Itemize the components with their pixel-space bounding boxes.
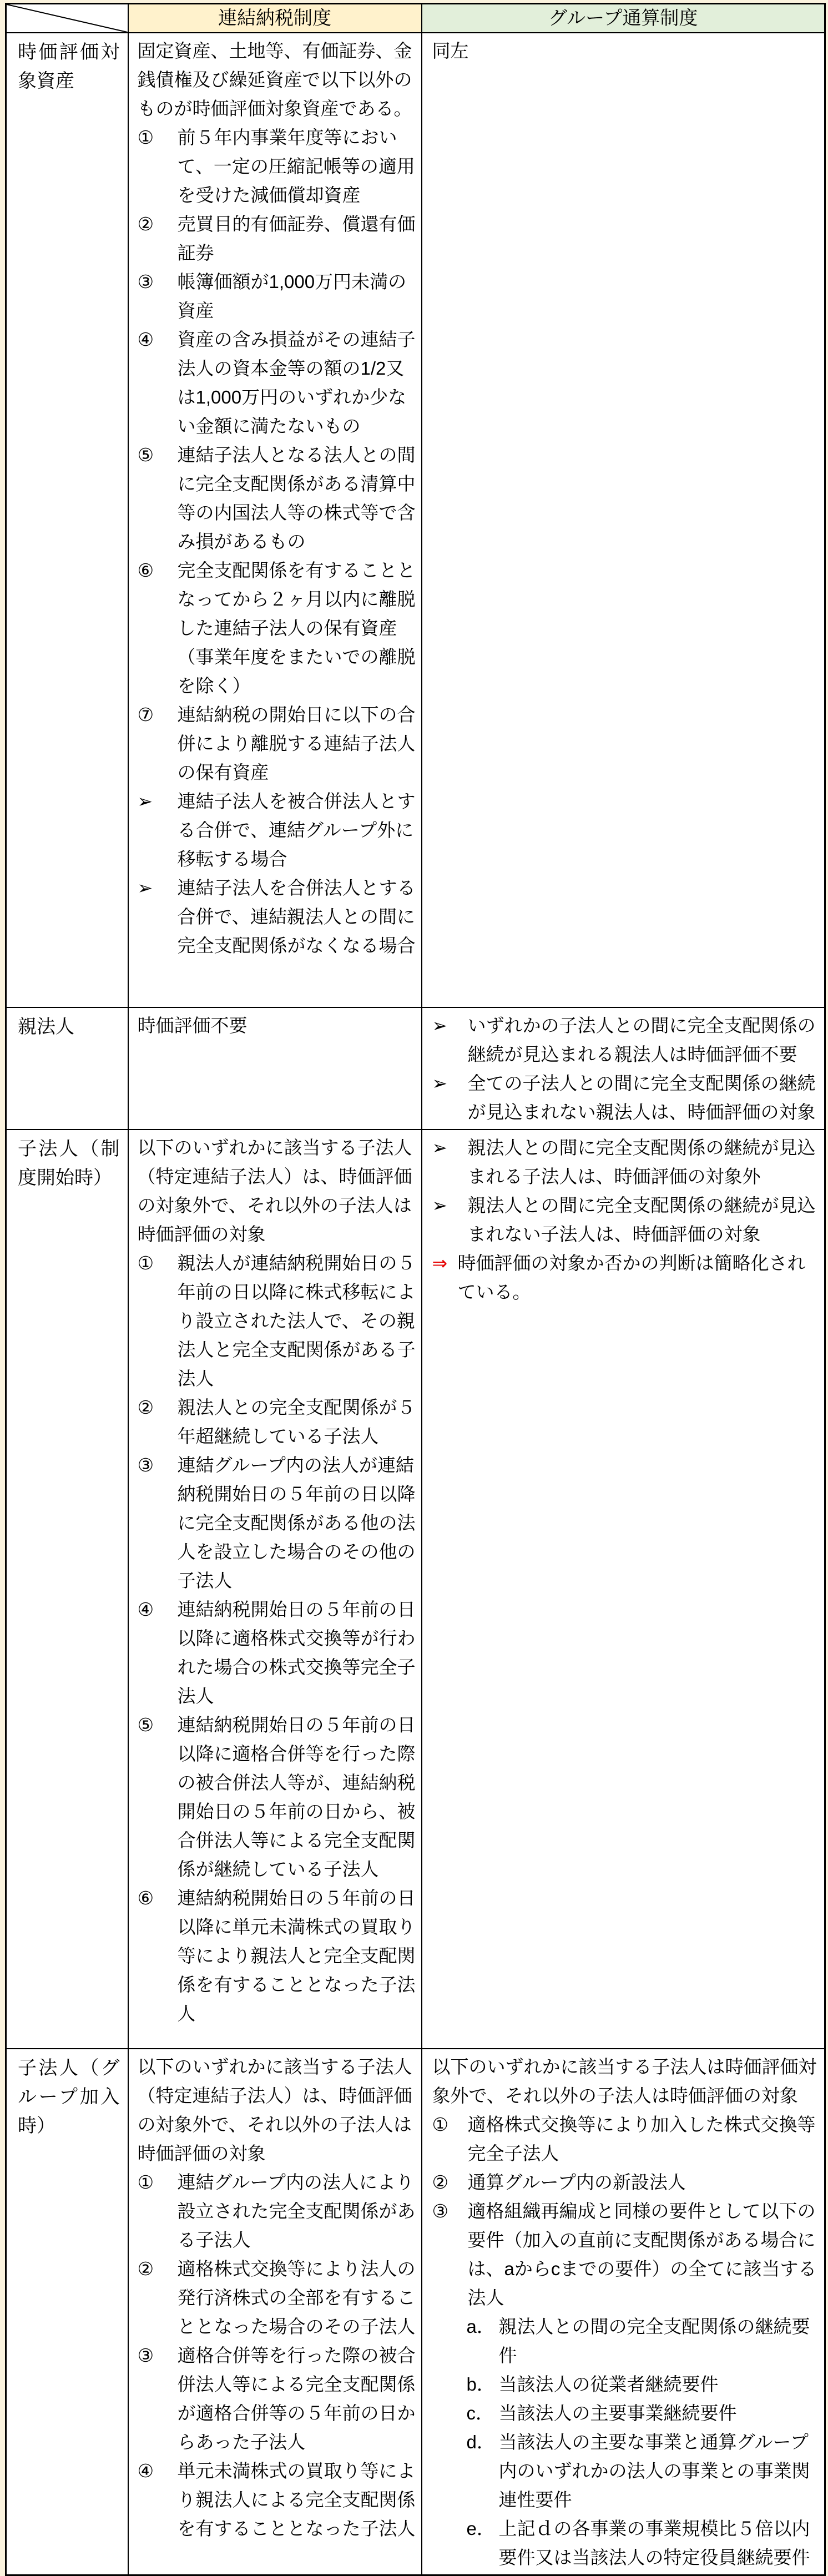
sub-list-item: c．当該法人の主要事業継続要件 [467,2399,818,2428]
list-item: ④単元未満株式の買取り等により親法人による完全支配関係を有することとなった子法人 [138,2457,416,2543]
item-marker: ⑥ [138,556,178,585]
item-text: 連結子法人を合併法人とする合併で、連結親法人との間に完全支配関係がなくなる場合 [178,874,416,960]
list-item: ②親法人との完全支配関係が５年超継続している子法人 [138,1393,416,1451]
item-marker: b． [467,2370,499,2399]
item-text: 連結子法人となる法人との間に完全支配関係がある清算中等の内国法人等の株式等で含み… [178,441,416,556]
item-marker: a． [467,2312,499,2341]
arrowhead-bullet-icon: ➢ [432,1191,468,1220]
item-text: 当該法人の従業者継続要件 [499,2370,818,2399]
arrowhead-bullet-icon: ➢ [432,1069,468,1098]
item-marker: ⑦ [138,700,178,729]
column-header-group-tsusan: グループ通算制度 [422,4,825,33]
item-marker: ① [138,1249,178,1278]
row-label-jika-hyoka-taisho-shisan: 時価評価対象資産 [6,33,128,1007]
item-text: 連結納税開始日の５年前の日以降に単元未満株式の買取り等により親法人と完全支配関係… [178,1884,416,2028]
item-text: 帳簿価額が1,000万円未満の資産 [178,268,416,325]
item-marker: ② [138,2255,178,2283]
item-text: 全ての子法人との間に完全支配関係の継続が見込まれない親法人は、時価評価の対象 [468,1069,818,1127]
table-row: 子法人（グループ加入時） 以下のいずれかに該当する子法人（特定連結子法人）は、時… [6,2049,825,2575]
item-marker: ③ [138,1451,178,1480]
list-item: ①親法人が連結納税開始日の５年前の日以降に株式移転により設立された法人で、その親… [138,1249,416,1393]
item-marker: ② [138,210,178,239]
list-item: ②通算グループ内の新設法人 [432,2168,818,2197]
row-label-ko-hojin-seido-kaishi: 子法人（制度開始時） [6,1130,128,2049]
item-text: 通算グループ内の新設法人 [468,2168,818,2197]
list-item: ③適格組織再編成と同様の要件として以下の要件（加入の直前に支配関係がある場合には… [432,2197,818,2312]
cell-group-jika-hyoka: 同左 [422,33,825,1007]
cell-renketsu-ko-hojin-kaishi: 以下のいずれかに該当する子法人（特定連結子法人）は、時価評価の対象外で、それ以外… [128,1130,422,2049]
list-item: ⑦連結納税の開始日に以下の合併により離脱する連結子法人の保有資産 [138,700,416,787]
cell-intro: 以下のいずれかに該当する子法人（特定連結子法人）は、時価評価の対象外で、それ以外… [138,1133,416,1249]
item-text: 連結子法人を被合併法人とする合併で、連結グループ外に移転する場合 [178,787,416,874]
arrowhead-bullet-icon: ➢ [432,1133,468,1162]
item-marker: e． [467,2514,499,2543]
cell-group-oya-hojin: ➢いずれかの子法人との間に完全支配関係の継続が見込まれる親法人は時価評価不要 ➢… [422,1007,825,1130]
list-item: ➢親法人との間に完全支配関係の継続が見込まれない子法人は、時価評価の対象 [432,1191,818,1249]
cell-intro: 以下のいずれかに該当する子法人は時価評価対象外で、それ以外の子法人は時価評価の対… [432,2053,818,2110]
list-item: ③適格合併等を行った際の被合併法人等による完全支配関係が適格合併等の５年前の日か… [138,2341,416,2457]
list-item: ④資産の含み損益がその連結子法人の資本金等の額の1/2又は1,000万円のいずれ… [138,325,416,441]
sub-list-item: b．当該法人の従業者継続要件 [467,2370,818,2399]
item-text: 当該法人の主要事業継続要件 [499,2399,818,2428]
list-item: ➢親法人との間に完全支配関係の継続が見込まれる子法人は、時価評価の対象外 [432,1133,818,1191]
cell-intro: 以下のいずれかに該当する子法人（特定連結子法人）は、時価評価の対象外で、それ以外… [138,2053,416,2168]
item-text: いずれかの子法人との間に完全支配関係の継続が見込まれる親法人は時価評価不要 [468,1011,818,1069]
column-header-renketsu-nozei: 連結納税制度 [128,4,422,33]
list-item: ⑥連結納税開始日の５年前の日以降に単元未満株式の買取り等により親法人と完全支配関… [138,1884,416,2028]
item-marker: d． [467,2428,499,2457]
item-marker: ② [138,1393,178,1422]
item-text: 適格株式交換等により法人の発行済株式の全部を有することとなった場合のその子法人 [178,2255,416,2341]
arrowhead-bullet-icon: ➢ [432,1011,468,1040]
item-text: 連結グループ内の法人が連結納税開始日の５年前の日以降に完全支配関係がある他の法人… [178,1451,416,1595]
item-text: 時価評価の対象か否かの判断は簡略化されている。 [458,1249,818,1307]
item-text: 親法人との完全支配関係が５年超継続している子法人 [178,1393,416,1451]
list-item: ②適格株式交換等により法人の発行済株式の全部を有することとなった場合のその子法人 [138,2255,416,2341]
list-item: ⇒時価評価の対象か否かの判断は簡略化されている。 [432,1249,818,1307]
item-marker: ③ [138,268,178,296]
header-row: 連結納税制度 グループ通算制度 [6,4,825,33]
item-text: 親法人が連結納税開始日の５年前の日以降に株式移転により設立された法人で、その親法… [178,1249,416,1393]
item-text: 親法人との間に完全支配関係の継続が見込まれない子法人は、時価評価の対象 [468,1191,818,1249]
cell-renketsu-jika-hyoka: 固定資産、土地等、有価証券、金銭債権及び繰延資産で以下以外のものが時価評価対象資… [128,33,422,1007]
list-item: ②売買目的有価証券、償還有価証券 [138,210,416,268]
cell-group-ko-hojin-kaishi: ➢親法人との間に完全支配関係の継続が見込まれる子法人は、時価評価の対象外 ➢親法… [422,1130,825,2049]
list-item: ➢全ての子法人との間に完全支配関係の継続が見込まれない親法人は、時価評価の対象 [432,1069,818,1127]
table-row: 親法人 時価評価不要 ➢いずれかの子法人との間に完全支配関係の継続が見込まれる親… [6,1007,825,1130]
item-text: 完全支配関係を有することとなってから２ヶ月以内に離脱した連結子法人の保有資産（事… [178,556,416,700]
item-text: 連結納税開始日の５年前の日以降に適格株式交換等が行われた場合の株式交換等完全子法… [178,1595,416,1711]
comparison-table: 連結納税制度 グループ通算制度 時価評価対象資産 固定資産、土地等、有価証券、金… [5,3,826,2576]
sub-list-item: d．当該法人の主要な事業と通算グループ内のいずれかの法人の事業との事業関連性要件 [467,2428,818,2514]
row-label-oya-hojin: 親法人 [6,1007,128,1130]
item-text: 連結納税開始日の５年前の日以降に適格合併等を行った際の被合併法人等が、連結納税開… [178,1711,416,1884]
item-text: 適格合併等を行った際の被合併法人等による完全支配関係が適格合併等の５年前の日から… [178,2341,416,2457]
item-marker: ① [138,2168,178,2197]
page: { "colors": { "page_bg": "#FBF3DE", "hea… [0,3,828,2575]
item-marker: ⑤ [138,1711,178,1740]
sub-list-item: a．親法人との間の完全支配関係の継続要件 [467,2312,818,2370]
item-marker: ⑤ [138,441,178,470]
list-item: ⑥完全支配関係を有することとなってから２ヶ月以内に離脱した連結子法人の保有資産（… [138,556,416,700]
same-as-left-note: 同左 [432,37,818,65]
item-text: 親法人との間の完全支配関係の継続要件 [499,2312,818,2370]
item-text: 当該法人の主要な事業と通算グループ内のいずれかの法人の事業との事業関連性要件 [499,2428,818,2514]
item-marker: ④ [138,2457,178,2486]
list-item: ⑤連結子法人となる法人との間に完全支配関係がある清算中等の内国法人等の株式等で含… [138,441,416,556]
cell-intro: 時価評価不要 [138,1011,416,1040]
item-marker: ④ [138,325,178,354]
list-item: ③連結グループ内の法人が連結納税開始日の５年前の日以降に完全支配関係がある他の法… [138,1451,416,1595]
list-item: ➢連結子法人を合併法人とする合併で、連結親法人との間に完全支配関係がなくなる場合 [138,874,416,960]
list-item: ④連結納税開始日の５年前の日以降に適格株式交換等が行われた場合の株式交換等完全子… [138,1595,416,1711]
list-item: ⑤連結納税開始日の５年前の日以降に適格合併等を行った際の被合併法人等が、連結納税… [138,1711,416,1884]
item-text: 単元未満株式の買取り等により親法人による完全支配関係を有することとなった子法人 [178,2457,416,2543]
item-text: 適格組織再編成と同様の要件として以下の要件（加入の直前に支配関係がある場合には、… [468,2197,818,2312]
item-marker: ③ [138,2341,178,2370]
list-item: ➢連結子法人を被合併法人とする合併で、連結グループ外に移転する場合 [138,787,416,874]
item-marker: ⑥ [138,1884,178,1913]
item-text: 適格株式交換等により加入した株式交換等完全子法人 [468,2110,818,2168]
table-row: 時価評価対象資産 固定資産、土地等、有価証券、金銭債権及び繰延資産で以下以外のも… [6,33,825,1007]
list-item: ①連結グループ内の法人により設立された完全支配関係がある子法人 [138,2168,416,2255]
sub-list-item: e．上記ｄの各事業の事業規模比５倍以内要件又は当該法人の特定役員継続要件 [467,2514,818,2572]
list-item: ③帳簿価額が1,000万円未満の資産 [138,268,416,325]
cell-renketsu-ko-hojin-kanyu: 以下のいずれかに該当する子法人（特定連結子法人）は、時価評価の対象外で、それ以外… [128,2049,422,2575]
diagonal-line [7,4,128,32]
arrowhead-bullet-icon: ➢ [138,874,178,903]
item-text: 連結納税の開始日に以下の合併により離脱する連結子法人の保有資産 [178,700,416,787]
row-label-ko-hojin-group-kanyu: 子法人（グループ加入時） [6,2049,128,2575]
item-text: 資産の含み損益がその連結子法人の資本金等の額の1/2又は1,000万円のいずれか… [178,325,416,441]
item-marker: ③ [432,2197,468,2226]
list-item: ①適格株式交換等により加入した株式交換等完全子法人 [432,2110,818,2168]
corner-cell [6,4,128,33]
item-text: 連結グループ内の法人により設立された完全支配関係がある子法人 [178,2168,416,2255]
item-marker: c． [467,2399,499,2428]
item-text: 売買目的有価証券、償還有価証券 [178,210,416,268]
cell-renketsu-oya-hojin: 時価評価不要 [128,1007,422,1130]
list-item: ➢いずれかの子法人との間に完全支配関係の継続が見込まれる親法人は時価評価不要 [432,1011,818,1069]
cell-intro: 固定資産、土地等、有価証券、金銭債権及び繰延資産で以下以外のものが時価評価対象資… [138,37,416,123]
arrowhead-bullet-icon: ➢ [138,787,178,816]
item-text: 上記ｄの各事業の事業規模比５倍以内要件又は当該法人の特定役員継続要件 [499,2514,818,2572]
item-marker: ① [138,123,178,152]
cell-group-ko-hojin-kanyu: 以下のいずれかに該当する子法人は時価評価対象外で、それ以外の子法人は時価評価の対… [422,2049,825,2575]
list-item: ①前５年内事業年度等において、一定の圧縮記帳等の適用を受けた減価償却資産 [138,123,416,210]
item-marker: ④ [138,1595,178,1624]
item-text: 親法人との間に完全支配関係の継続が見込まれる子法人は、時価評価の対象外 [468,1133,818,1191]
item-text: 前５年内事業年度等において、一定の圧縮記帳等の適用を受けた減価償却資産 [178,123,416,210]
item-marker: ① [432,2110,468,2139]
table-row: 子法人（制度開始時） 以下のいずれかに該当する子法人（特定連結子法人）は、時価評… [6,1130,825,2049]
double-arrow-icon: ⇒ [432,1249,458,1278]
item-marker: ② [432,2168,468,2197]
